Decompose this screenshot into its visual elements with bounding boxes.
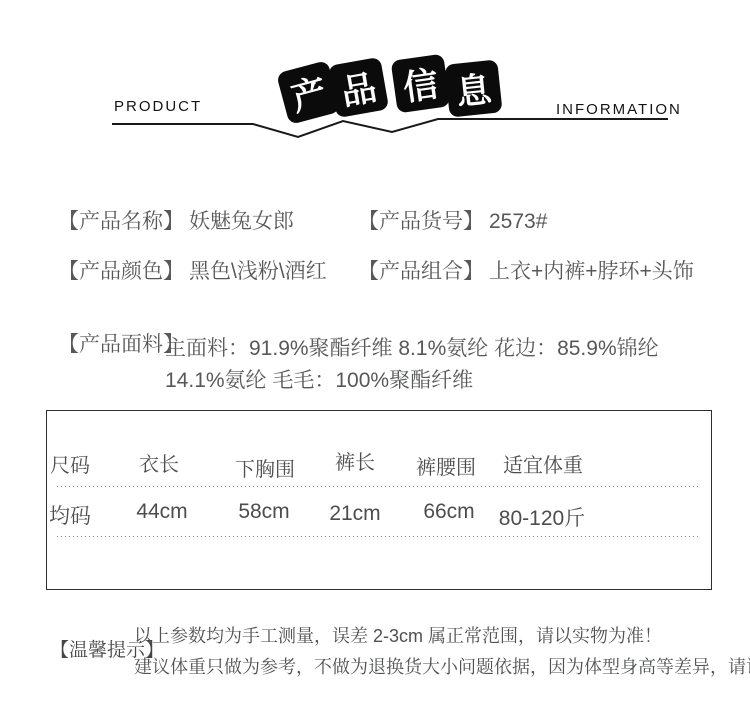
fabric-line-2: 14.1%氨纶 毛毛：100%聚酯纤维: [165, 365, 685, 397]
detail-label-name: 【产品名称】: [58, 210, 184, 233]
title-char-4: 息: [453, 62, 493, 115]
title-char-1: 产: [285, 64, 332, 121]
detail-label-sku: 【产品货号】: [358, 210, 484, 233]
detail-value-sku: 2573#: [489, 210, 547, 233]
detail-row-color: 【产品颜色】黑色\浅粉\酒红: [58, 260, 327, 284]
detail-label-color: 【产品颜色】: [58, 260, 184, 283]
fabric-line-1: 主面料：91.9%聚酯纤维 8.1%氨纶 花边：85.9%锦纶: [165, 333, 685, 365]
title-tile-2: 品: [328, 57, 389, 118]
tip-line-2: 建议体重只做为参考，不做为退换货大小问题依据，因为体型身高等差异，请谅解！: [134, 653, 750, 679]
title-char-3: 信: [400, 56, 442, 110]
fabric-value: 主面料：91.9%聚酯纤维 8.1%氨纶 花边：85.9%锦纶 14.1%氨纶 …: [165, 333, 685, 397]
table-header-weight: 适宜体重: [478, 449, 608, 478]
detail-value-name: 妖魅兔女郎: [189, 210, 294, 233]
tip-line-1: 以上参数均为手工测量，误差 2-3cm 属正常范围，请以实物为准！: [134, 622, 662, 648]
detail-value-combo: 上衣+内裤+脖环+头饰: [489, 260, 694, 283]
detail-row-name: 【产品名称】妖魅兔女郎: [58, 210, 294, 234]
detail-label-combo: 【产品组合】: [358, 260, 484, 283]
table-value-weight: 80-120斤: [477, 502, 607, 532]
title-tile-3: 信: [391, 54, 451, 114]
table-divider-top: [57, 486, 701, 488]
detail-row-sku: 【产品货号】2573#: [358, 210, 547, 234]
detail-row-combo: 【产品组合】上衣+内裤+脖环+头饰: [358, 260, 694, 284]
title-tile-4: 息: [444, 59, 502, 117]
table-divider-bottom: [57, 536, 701, 538]
detail-value-color: 黑色\浅粉\酒红: [189, 260, 327, 283]
product-info-sheet: PRODUCT INFORMATION 产 品 信 息 【产品名称】妖魅兔女郎 …: [0, 0, 750, 720]
title-char-2: 品: [337, 60, 380, 115]
